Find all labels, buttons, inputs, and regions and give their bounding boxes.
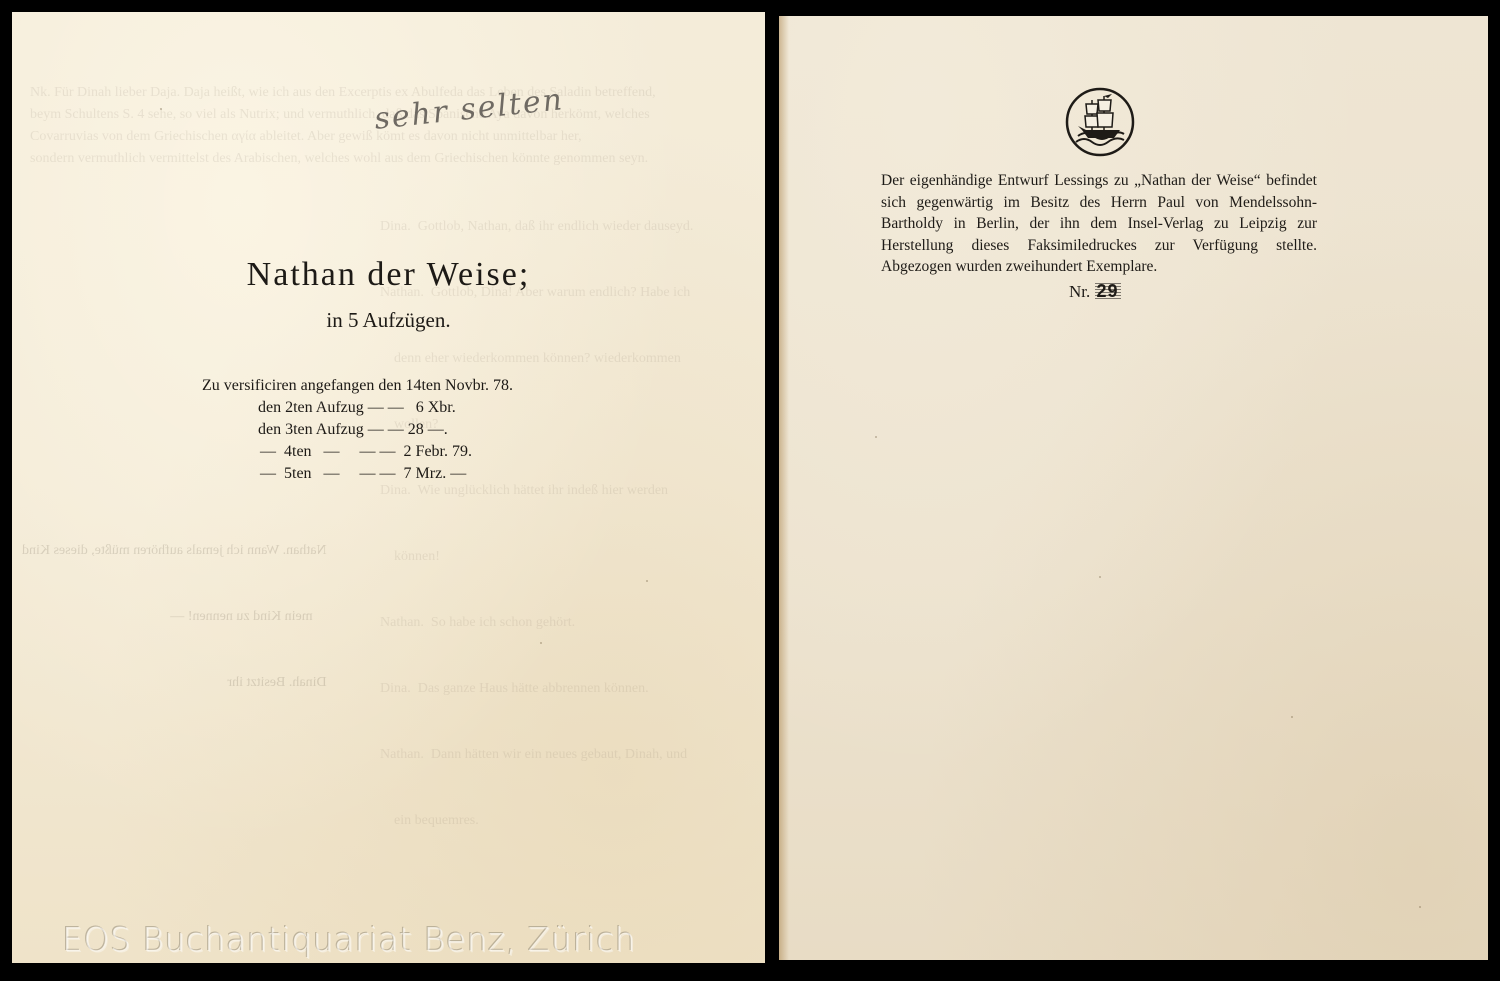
paper-speck <box>646 580 648 582</box>
spine-shadow <box>779 16 789 960</box>
page-subtitle: in 5 Aufzügen. <box>12 308 765 333</box>
paper-speck <box>875 436 877 438</box>
paper-speck <box>1291 716 1293 718</box>
copy-number-label: Nr. <box>1069 282 1090 301</box>
bleed-line: Dina. Das ganze Haus hätte abbrennen kön… <box>380 678 693 700</box>
copy-number-value: 29 <box>1095 281 1121 301</box>
bleed-line: Nathan. Wann ich jemals aufhören müßte, … <box>22 540 327 562</box>
ship-emblem-icon <box>1064 86 1136 158</box>
handwritten-note: sehr selten <box>373 82 566 137</box>
bleed-line: mein Kind zu nennen! — <box>22 606 327 628</box>
paper-speck <box>1419 906 1421 908</box>
mirrored-show-through: Nathan. Wann ich jemals aufhören müßte, … <box>22 496 327 738</box>
schedule-row: — 5ten — — — 7 Mrz. — <box>260 463 513 485</box>
bleed-line: ein bequemres. <box>380 810 693 832</box>
bleed-line: Nathan. Dann hätten wir ein neues gebaut… <box>380 744 693 766</box>
paper-speck <box>1099 576 1101 578</box>
paper-speck <box>160 108 162 110</box>
left-page: Nk. Für Dinah lieber Daja. Daja heißt, w… <box>12 12 765 963</box>
schedule-row: den 3ten Aufzug — — 28 —. <box>258 419 513 441</box>
schedule-row: Zu versificiren angefangen den 14ten Nov… <box>202 375 513 397</box>
versification-schedule: Zu versificiren angefangen den 14ten Nov… <box>202 375 513 485</box>
watermark: EOS Buchantiquariat Benz, Zürich <box>62 920 636 959</box>
colophon-paragraph: Der eigenhändige Entwurf Lessings zu „Na… <box>881 170 1317 278</box>
bleed-line: Dina. Gottlob, Nathan, daß ihr endlich w… <box>380 216 693 238</box>
bleed-line: können! <box>380 546 693 568</box>
schedule-row: den 2ten Aufzug — — 6 Xbr. <box>258 397 513 419</box>
copy-number: Nr. 29 <box>1069 281 1121 302</box>
bleed-line: Dinah. Besitzt ihr <box>22 672 327 694</box>
right-page: Der eigenhändige Entwurf Lessings zu „Na… <box>779 16 1488 960</box>
page-title: Nathan der Weise; <box>12 256 765 294</box>
schedule-row: — 4ten — — — 2 Febr. 79. <box>260 441 513 463</box>
paper-speck <box>540 642 542 644</box>
bleed-line: denn eher wiederkommen können? wiederkom… <box>380 348 693 370</box>
bleed-line: Nathan. So habe ich schon gehört. <box>380 612 693 634</box>
colophon-text: Der eigenhändige Entwurf Lessings zu „Na… <box>881 170 1317 278</box>
